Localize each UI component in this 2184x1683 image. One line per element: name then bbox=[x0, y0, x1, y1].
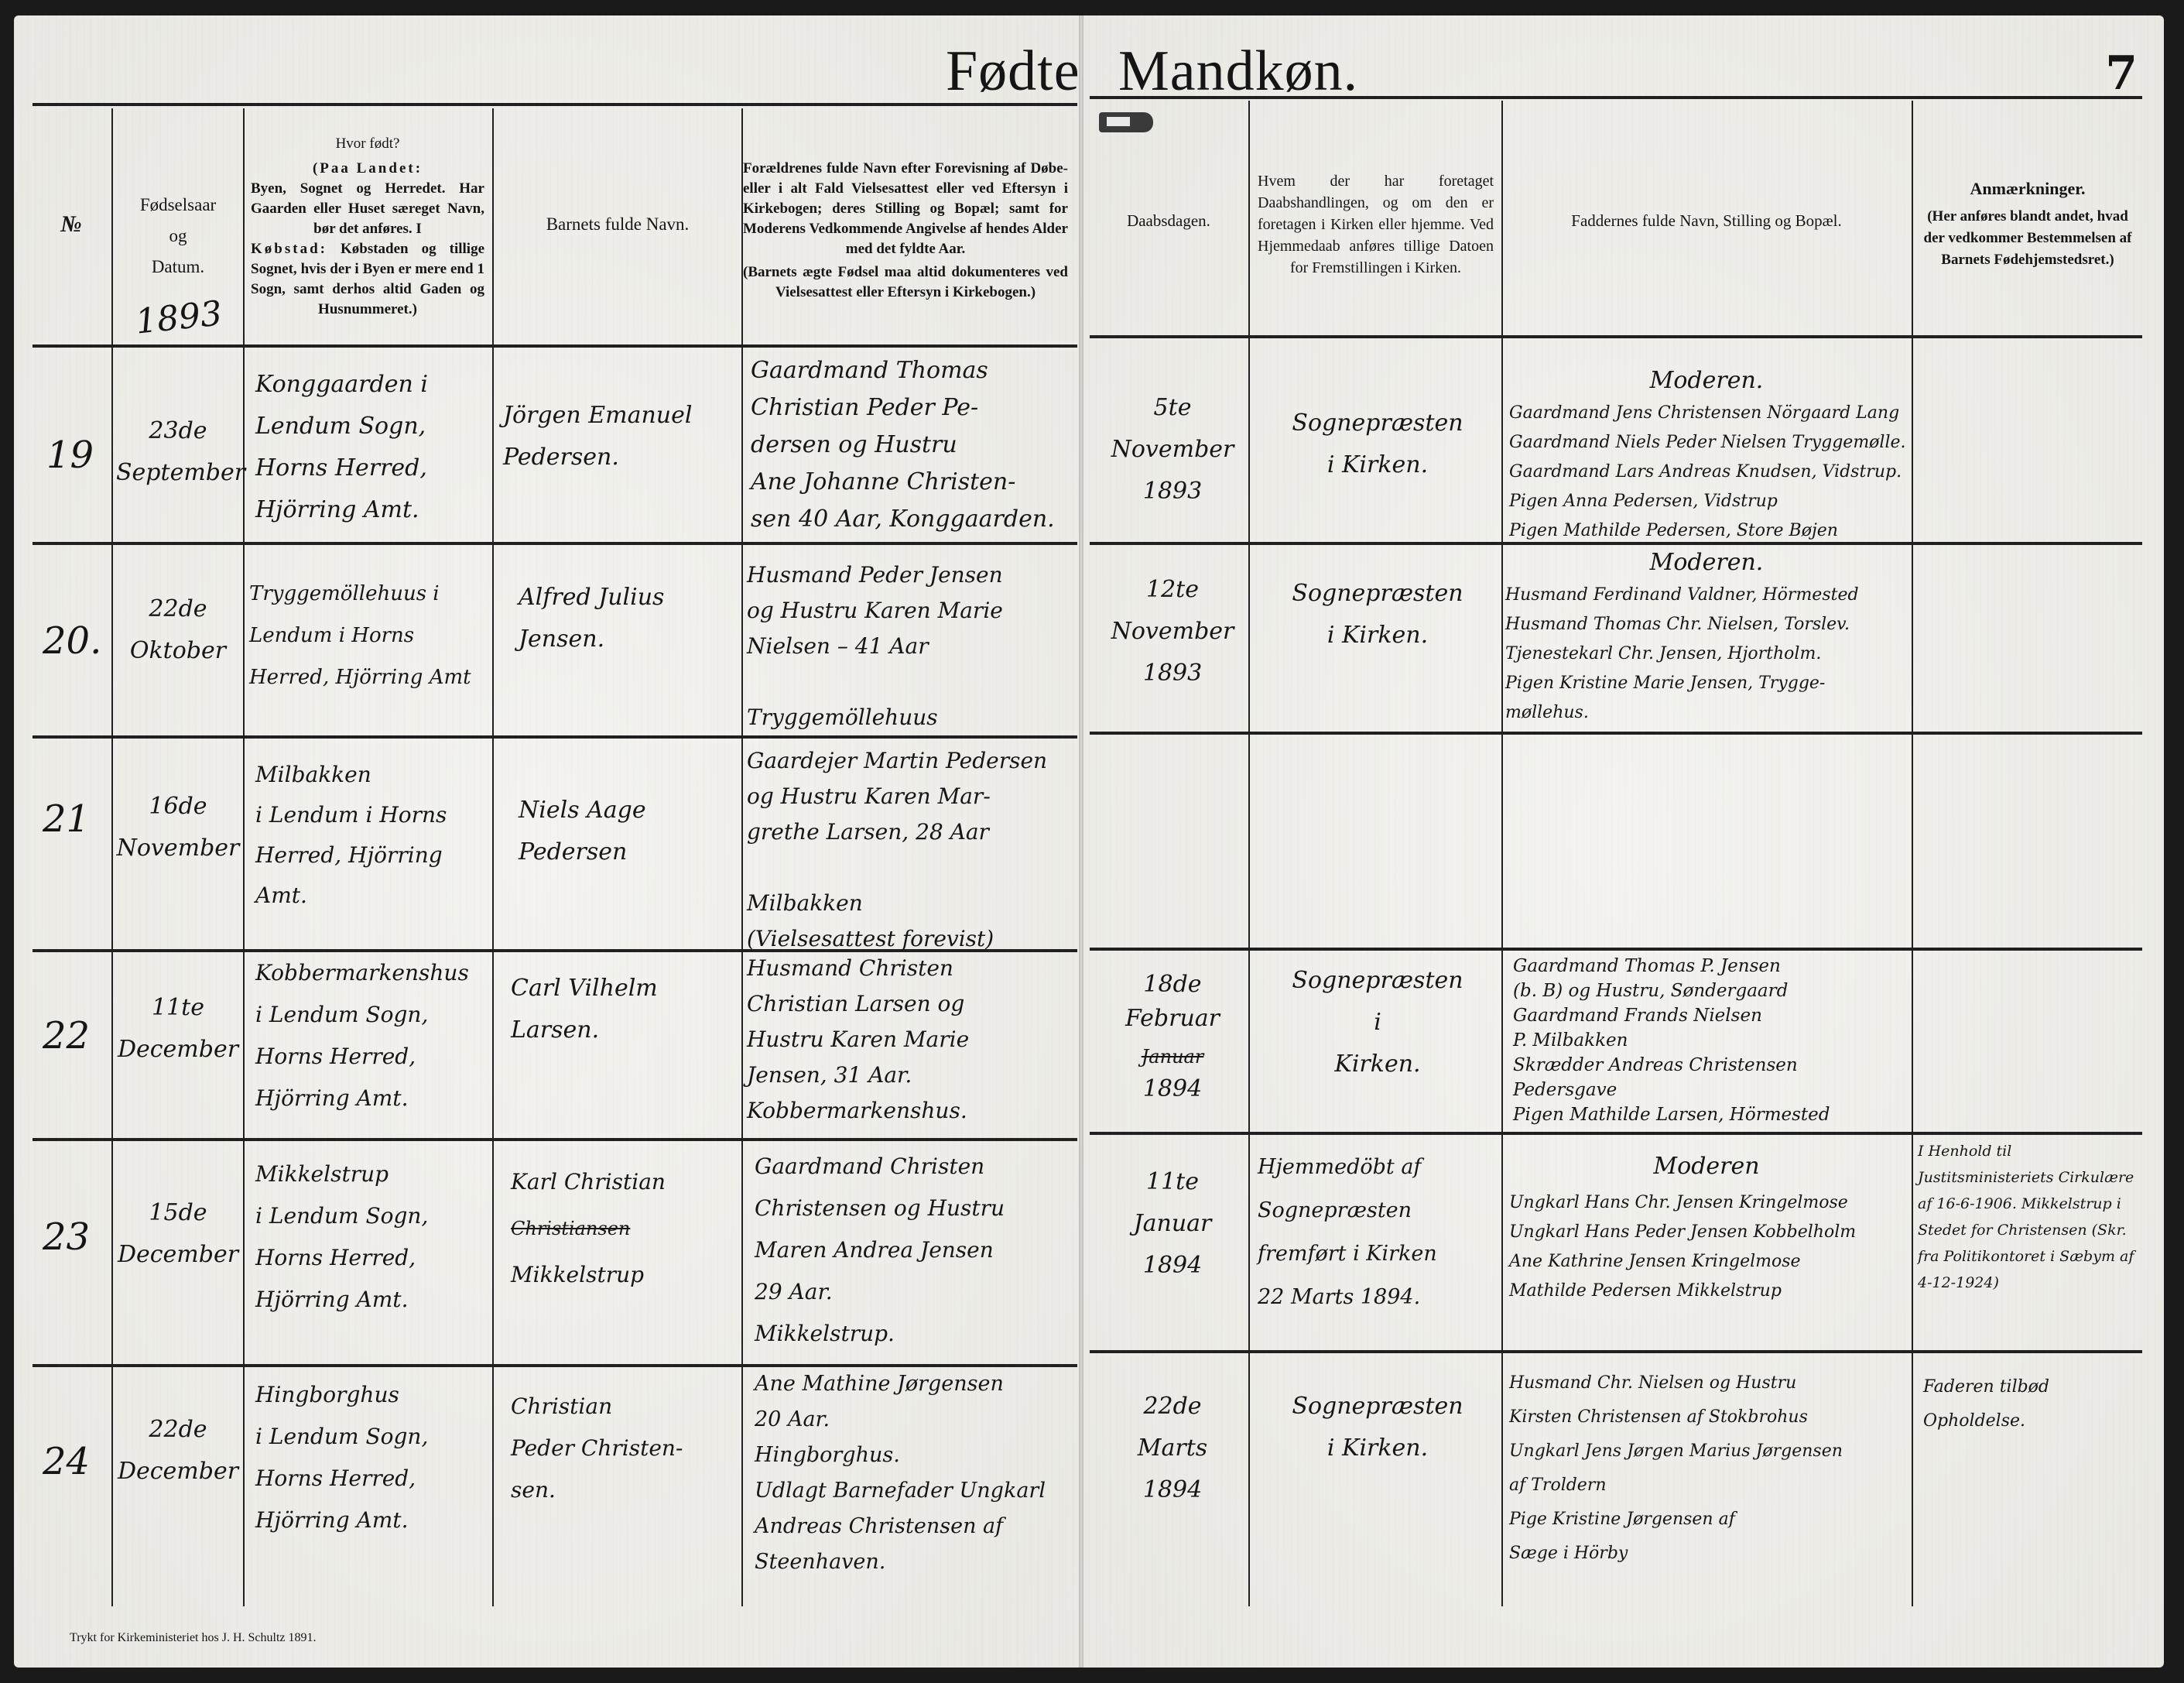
entry-child-struck: Christiansen bbox=[511, 1208, 735, 1249]
entry-baptism-date: 5te November 1893 bbox=[1099, 387, 1246, 512]
header-birth-line: og bbox=[169, 221, 187, 252]
header-godparents: Faddernes fulde Navn, Stilling og Bopæl. bbox=[1505, 105, 1908, 337]
entry-number: 19 bbox=[46, 434, 94, 477]
row-separator bbox=[33, 542, 1077, 545]
row-separator bbox=[1090, 732, 2142, 735]
entry-parents: Husmand Peder Jensen og Hustru Karen Mar… bbox=[747, 557, 1076, 735]
column-divider bbox=[111, 108, 113, 1606]
entry-performed-by: Hjemmedöbt af Sognepræsten fremført i Ki… bbox=[1258, 1146, 1505, 1319]
entry-number: 21 bbox=[43, 797, 90, 841]
column-divider bbox=[1501, 101, 1503, 1606]
entry-baptism-year: 1894 bbox=[1099, 1068, 1246, 1110]
entry-birth-date: 22de Oktober bbox=[116, 588, 240, 672]
row-separator bbox=[1090, 1350, 2142, 1353]
entry-birthplace: Kobbermarkenshus i Lendum Sogn, Horns He… bbox=[255, 952, 491, 1119]
row-separator bbox=[33, 735, 1077, 739]
entry-child-name: Alfred Julius Jensen. bbox=[519, 577, 735, 660]
entry-godparents-head: Moderen. bbox=[1505, 360, 1908, 402]
entry-remarks: Faderen tilbød Opholdelse. bbox=[1923, 1370, 2140, 1438]
header-number: № bbox=[33, 108, 110, 341]
entry-child-suffix: Mikkelstrup bbox=[511, 1254, 735, 1296]
header-baptism-date: Daabsdagen. bbox=[1091, 105, 1246, 337]
header-parents-note: (Barnets ægte Fødsel maa altid dokumente… bbox=[743, 262, 1068, 303]
header-top-rule bbox=[33, 103, 1077, 106]
entry-child-name: Jörgen Emanuel Pedersen. bbox=[503, 395, 735, 478]
header-place: Hvor født? (Paa Landet: Byen, Sognet og … bbox=[251, 116, 484, 337]
entry-birth-date: 23de September bbox=[116, 410, 240, 494]
printer-footer: Trykt for Kirkeministeriet hos J. H. Sch… bbox=[70, 1631, 317, 1645]
header-birth-line: Datum. bbox=[152, 252, 204, 283]
entry-number: 22 bbox=[43, 1014, 90, 1057]
entry-birth-date: 22de December bbox=[116, 1409, 240, 1493]
entry-baptism-date: 11te Januar 1894 bbox=[1099, 1161, 1246, 1287]
entry-child-name: Karl Christian bbox=[511, 1161, 735, 1203]
entry-godparents-head: Moderen. bbox=[1505, 542, 1908, 584]
column-divider bbox=[243, 108, 245, 1606]
page-number: 7 bbox=[2105, 46, 2138, 101]
header-place-kobstad: Købstad: bbox=[251, 241, 327, 257]
header-parents-body: Forældrenes fulde Navn efter Forevisning… bbox=[743, 159, 1068, 259]
header-place-question: Hvor født? bbox=[336, 134, 400, 154]
entry-godparents: Gaardmand Thomas P. Jensen (b. B) og Hus… bbox=[1513, 954, 1908, 1127]
entry-performed-by: Sognepræsten i Kirken. bbox=[1258, 1386, 1498, 1469]
entry-birthplace: Tryggemöllehuus i Lendum i Horns Herred,… bbox=[249, 573, 489, 698]
entry-birth-date: 11te December bbox=[116, 987, 240, 1071]
entry-birthplace: Konggaarden i Lendum Sogn, Horns Herred,… bbox=[255, 364, 488, 531]
entry-performed-by: Sognepræsten i Kirken. bbox=[1258, 403, 1498, 486]
header-remarks: Anmærkninger. (Her anføres blandt andet,… bbox=[1915, 139, 2140, 310]
entry-parents: Husmand Christen Christian Larsen og Hus… bbox=[747, 951, 1076, 1129]
header-parents: Forældrenes fulde Navn efter Forevisning… bbox=[743, 124, 1068, 337]
entry-baptism-date: 22de Marts 1894 bbox=[1099, 1386, 1246, 1511]
header-bottom-rule bbox=[33, 344, 1077, 348]
entry-parents: Ane Mathine Jørgensen 20 Aar. Hingborghu… bbox=[755, 1366, 1080, 1580]
entry-parents: Gaardejer Martin Pedersen og Hustru Kare… bbox=[747, 743, 1076, 957]
row-separator bbox=[1090, 948, 2142, 951]
header-performed-by: Hvem der har foretaget Daabshandlingen, … bbox=[1258, 139, 1494, 310]
entry-performed-by: Sognepræsten i Kirken. bbox=[1258, 960, 1498, 1085]
entry-parents: Gaardmand Christen Christensen og Hustru… bbox=[755, 1146, 1080, 1355]
entry-baptism-date: 12te November 1893 bbox=[1099, 569, 1246, 694]
row-separator bbox=[1090, 1132, 2142, 1135]
header-top-rule bbox=[1090, 96, 2142, 99]
column-divider bbox=[1912, 101, 1913, 1606]
entry-performed-by: Sognepræsten i Kirken. bbox=[1258, 573, 1498, 656]
entry-birthplace: Milbakken i Lendum i Horns Herred, Hjörr… bbox=[255, 755, 491, 916]
entry-number: 24 bbox=[43, 1440, 90, 1483]
column-divider bbox=[1248, 101, 1250, 1606]
header-remarks-body: (Her anføres blandt andet, hvad der vedk… bbox=[1915, 206, 2140, 271]
entry-birth-date: 15de December bbox=[116, 1192, 240, 1276]
header-place-body: Byen, Sognet og Herredet. Har Gaarden el… bbox=[251, 179, 484, 239]
entry-godparents: Husmand Ferdinand Valdner, Hörmested Hus… bbox=[1505, 581, 1908, 728]
entry-remarks: I Henhold til Justitsministeriets Cirkul… bbox=[1918, 1138, 2142, 1296]
entry-parents: Gaardmand Thomas Christian Peder Pe- der… bbox=[751, 352, 1076, 538]
entry-godparents: Ungkarl Hans Chr. Jensen Kringelmose Ung… bbox=[1509, 1188, 1912, 1306]
entry-birthplace: Mikkelstrup i Lendum Sogn, Horns Herred,… bbox=[255, 1153, 491, 1321]
row-separator bbox=[33, 1138, 1077, 1141]
page-title-left: Fødte bbox=[946, 39, 1080, 105]
entry-godparents: Husmand Chr. Nielsen og Hustru Kirsten C… bbox=[1509, 1366, 1912, 1571]
header-place-landet: (Paa Landet: bbox=[313, 159, 423, 179]
entry-child-name: Niels Aage Pedersen bbox=[519, 790, 735, 873]
entry-birth-date: 16de November bbox=[116, 786, 240, 869]
entry-godparents: Gaardmand Jens Christensen Nörgaard Lang… bbox=[1509, 399, 1912, 546]
header-birth-line: Fødselsaar bbox=[140, 190, 216, 221]
entry-baptism-date: 18de Februar bbox=[1099, 968, 1246, 1036]
entry-number: 23 bbox=[43, 1215, 90, 1259]
entry-godparents-head: Moderen bbox=[1505, 1146, 1908, 1188]
entry-number: 20. bbox=[43, 619, 101, 663]
page-title-right: Mandkøn. bbox=[1118, 39, 1358, 105]
header-remarks-title: Anmærkninger. bbox=[1970, 178, 2086, 200]
entry-child-name: Carl Vilhelm Larsen. bbox=[511, 968, 735, 1051]
entry-birthplace: Hingborghus i Lendum Sogn, Horns Herred,… bbox=[255, 1374, 491, 1541]
header-child-name: Barnets fulde Navn. bbox=[494, 108, 741, 341]
entry-child-name: Christian Peder Christen- sen. bbox=[511, 1386, 735, 1511]
